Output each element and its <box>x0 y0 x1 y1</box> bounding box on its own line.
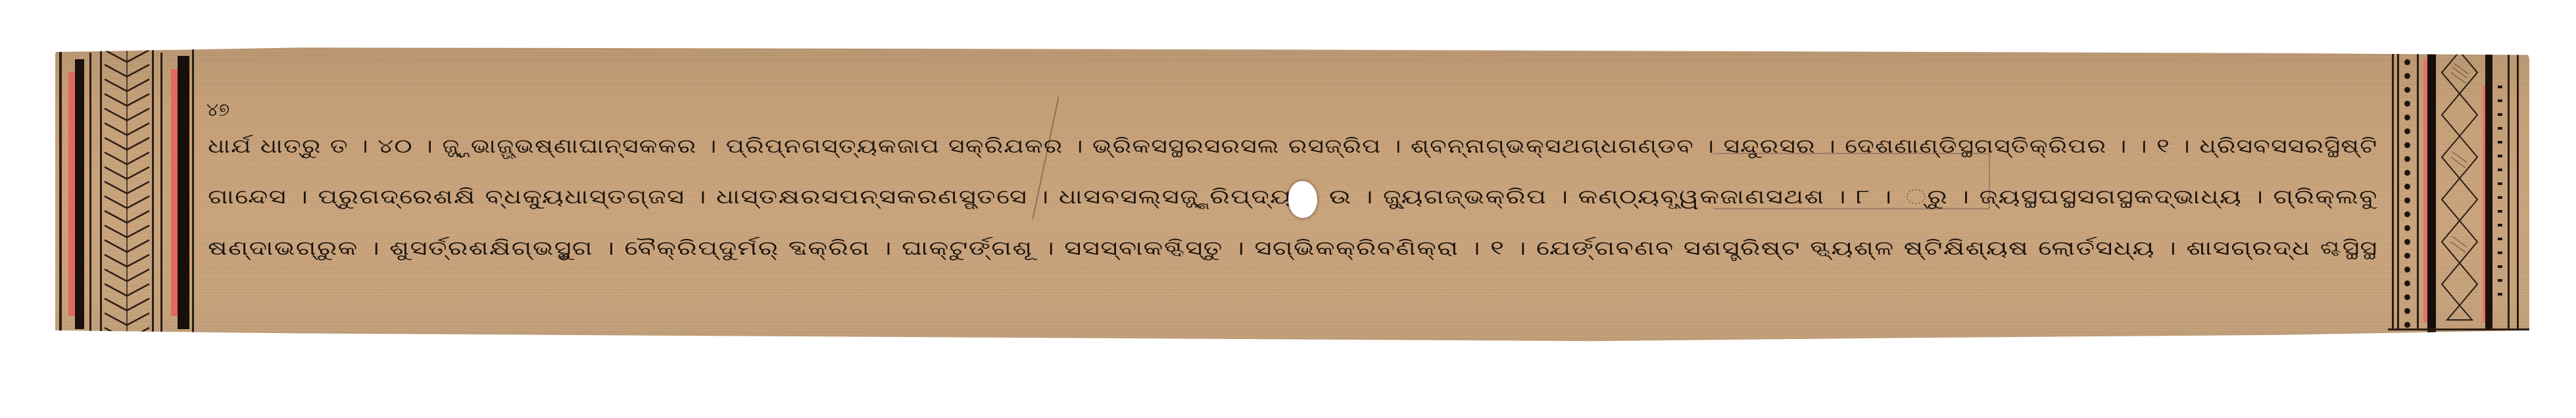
right-decorative-border <box>2388 46 2529 342</box>
left-inner-red-stripe <box>171 69 178 316</box>
right-black-stripe <box>2427 49 2436 334</box>
left-inner-black-stripe <box>178 56 189 329</box>
right-inner-black-stripe <box>2485 49 2492 330</box>
right-rule-line <box>2508 53 2510 330</box>
manuscript-line-3: ଷଣ୍ଦାଭଗ୍ରୁକ । ଶୁସର୍ତ୍ରଶକ୍ଷିଗ୍ଭସ୍ଥୁଗ । ବୈ… <box>208 237 2377 260</box>
dotted-column-icon <box>2402 59 2412 323</box>
right-rule-line <box>2517 53 2519 330</box>
left-inner-rule <box>192 49 194 339</box>
diamond-lattice-icon <box>2439 49 2480 327</box>
left-decorative-border <box>55 46 197 342</box>
left-black-stripe <box>75 59 84 329</box>
palm-leaf-folio: ୪୭ ଧାର୍ଯ ଧାତ୍ରୁ ତ । ୪୦ । ଜ୍ଜ୍ଜ୍ଭାଜ୍ଭ୍ଭଷ୍… <box>55 46 2529 342</box>
left-rule-line <box>160 53 162 336</box>
left-red-stripe <box>68 72 75 316</box>
manuscript-line-1: ଧାର୍ଯ ଧାତ୍ରୁ ତ । ୪୦ । ଜ୍ଜ୍ଜ୍ଭାଜ୍ଭ୍ଭଷ୍ଣାଘ… <box>208 135 2377 158</box>
folio-number: ୪୭ <box>207 99 230 121</box>
chevron-band-icon <box>100 50 154 336</box>
right-rule-line <box>2392 53 2394 330</box>
right-bottom-rule <box>2388 328 2529 330</box>
dash-column-icon <box>2496 86 2504 316</box>
left-rule-line <box>89 53 91 336</box>
right-rule-line <box>2397 53 2399 330</box>
right-rule-line <box>2417 53 2419 330</box>
string-hole <box>1288 181 1317 218</box>
